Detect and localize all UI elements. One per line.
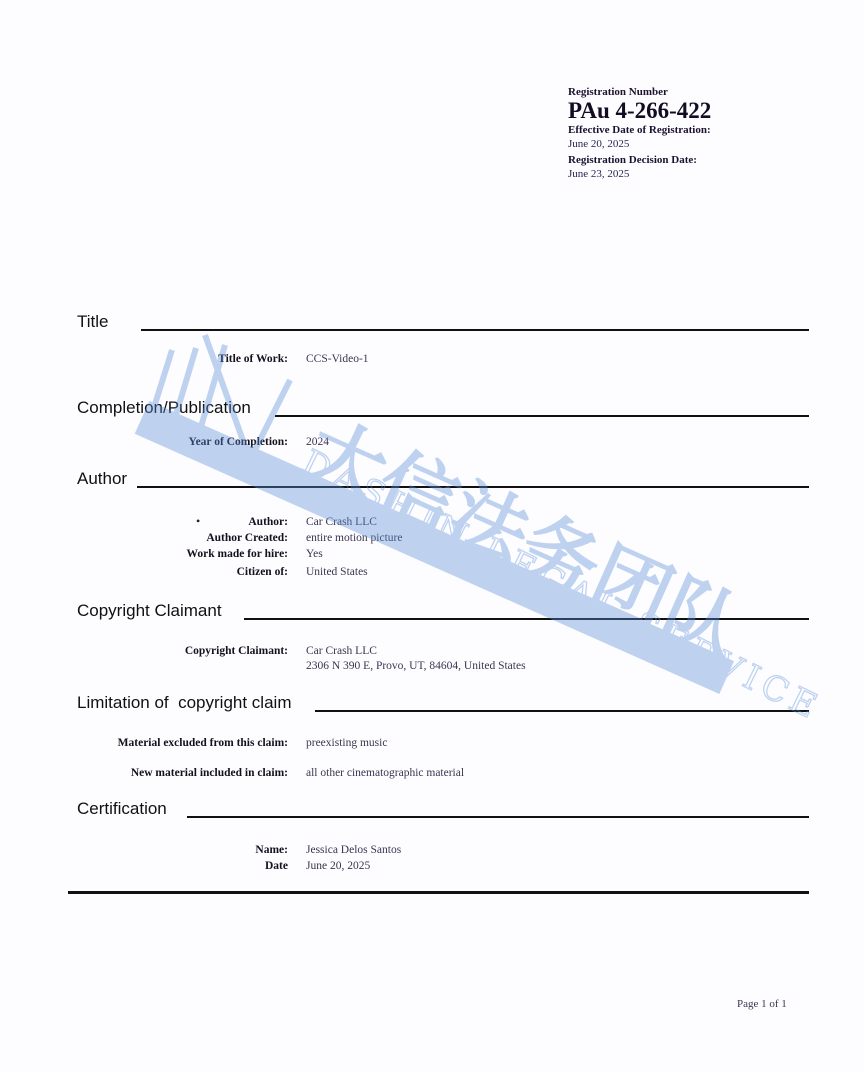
divider: [315, 710, 809, 712]
field-citizen-of: Citizen of: United States: [74, 565, 368, 580]
field-year-of-completion: Year of Completion: 2024: [74, 435, 329, 450]
bottom-divider: [68, 891, 809, 894]
field-value: preexisting music: [306, 736, 387, 751]
divider: [187, 816, 809, 818]
divider: [137, 486, 809, 488]
section-author: Author: [77, 469, 809, 489]
section-heading: Limitation of copyright claim: [77, 693, 291, 713]
field-label: Author:: [74, 515, 306, 530]
section-heading: Certification: [77, 799, 167, 819]
field-value: CCS-Video-1: [306, 352, 369, 367]
section-title: Title: [77, 312, 809, 332]
field-label: Work made for hire:: [74, 547, 306, 562]
divider: [244, 618, 809, 620]
section-certification: Certification: [77, 799, 809, 819]
page-number: Page 1 of 1: [737, 998, 787, 1010]
section-heading: Copyright Claimant: [77, 601, 222, 621]
field-name: Name: Jessica Delos Santos: [74, 843, 401, 858]
section-limitation: Limitation of copyright claim: [77, 693, 809, 713]
field-title-of-work: Title of Work: CCS-Video-1: [74, 352, 369, 367]
field-author-created: Author Created: entire motion picture: [74, 531, 402, 546]
field-label: Copyright Claimant:: [74, 644, 306, 674]
field-value: 2024: [306, 435, 329, 450]
field-value: United States: [306, 565, 368, 580]
field-date: Date June 20, 2025: [74, 859, 370, 874]
divider: [275, 415, 809, 417]
field-value: entire motion picture: [306, 531, 402, 546]
section-copyright-claimant: Copyright Claimant: [77, 601, 809, 621]
field-label: Title of Work:: [74, 352, 306, 367]
field-copyright-claimant: Copyright Claimant: Car Crash LLC 2306 N…: [74, 644, 526, 674]
field-new-material: New material included in claim: all othe…: [74, 766, 464, 781]
field-value: Yes: [306, 547, 323, 562]
field-label: Date: [74, 859, 306, 874]
field-value: Jessica Delos Santos: [306, 843, 401, 858]
claimant-name: Car Crash LLC: [306, 644, 526, 659]
registration-number: PAu 4-266-422: [568, 99, 711, 123]
field-material-excluded: Material excluded from this claim: preex…: [74, 736, 387, 751]
field-value: all other cinematographic material: [306, 766, 464, 781]
field-work-made-for-hire: Work made for hire: Yes: [74, 547, 323, 562]
field-label: Material excluded from this claim:: [74, 736, 306, 751]
field-label: Author Created:: [74, 531, 306, 546]
section-heading: Completion/Publication: [77, 398, 251, 418]
section-heading: Title: [77, 312, 109, 332]
field-author: Author: Car Crash LLC: [74, 515, 377, 530]
section-heading: Author: [77, 469, 127, 489]
field-value: June 20, 2025: [306, 859, 370, 874]
decision-date: June 23, 2025: [568, 167, 711, 181]
divider: [141, 329, 810, 331]
field-label: Citizen of:: [74, 565, 306, 580]
section-completion: Completion/Publication: [77, 398, 809, 418]
effective-date: June 20, 2025: [568, 137, 711, 151]
field-label: Name:: [74, 843, 306, 858]
effective-date-label: Effective Date of Registration:: [568, 124, 711, 137]
claimant-address: 2306 N 390 E, Provo, UT, 84604, United S…: [306, 659, 526, 674]
field-label: New material included in claim:: [74, 766, 306, 781]
decision-date-label: Registration Decision Date:: [568, 154, 711, 167]
registration-block: Registration Number PAu 4-266-422 Effect…: [568, 86, 711, 184]
field-value: Car Crash LLC: [306, 515, 377, 530]
field-label: Year of Completion:: [74, 435, 306, 450]
